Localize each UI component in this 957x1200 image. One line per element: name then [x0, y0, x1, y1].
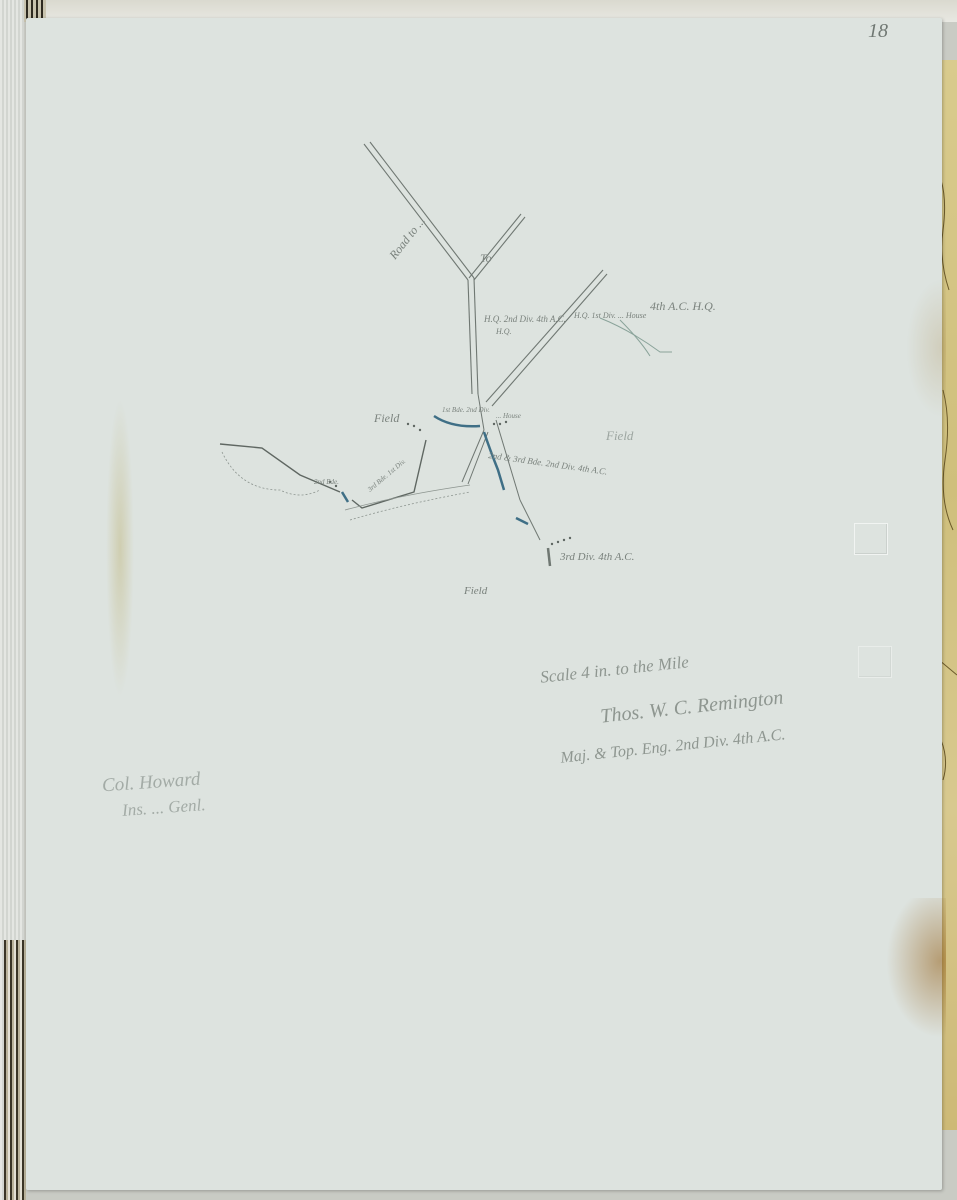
road-east-diagonal: [486, 270, 607, 406]
road-label-nw: Road to ...: [386, 214, 428, 263]
road-label-to: To: [480, 251, 492, 265]
label-2nd-3rd-bde: 2nd & 3rd Bde. 2nd Div. 4th A.C.: [488, 450, 608, 477]
field-label-1: Field: [373, 411, 400, 425]
field-label-2: Field: [605, 428, 634, 443]
pencil-map-drawing: Road to ... To H.Q. 2nd Div. 4th A.C. H.…: [0, 0, 957, 1200]
label-house: ... House: [496, 412, 521, 420]
label-2nd-bde-left: 2nd Bde.: [314, 478, 339, 486]
label-corps-hq: 4th A.C. H.Q.: [650, 299, 716, 313]
picket-dots: [329, 421, 571, 545]
label-1st-bde: 1st Bde. 2nd Div.: [442, 406, 490, 414]
label-house-hq: H.Q. 1st Div. ... House: [573, 311, 647, 320]
label-3rd-bde-left: 3rd Bde. 1st Div.: [365, 457, 407, 494]
hachured-ridge: [222, 452, 470, 520]
road-to-northeast: [469, 214, 525, 280]
stream-east: [600, 318, 672, 356]
label-hq-2nd-div: H.Q. 2nd Div. 4th A.C.: [483, 314, 566, 324]
label-hq-2nd-div-sub: H.Q.: [495, 327, 512, 336]
field-label-3: Field: [463, 585, 488, 597]
road-northwest: [364, 142, 478, 394]
label-3rd-div: 3rd Div. 4th A.C.: [559, 551, 634, 563]
